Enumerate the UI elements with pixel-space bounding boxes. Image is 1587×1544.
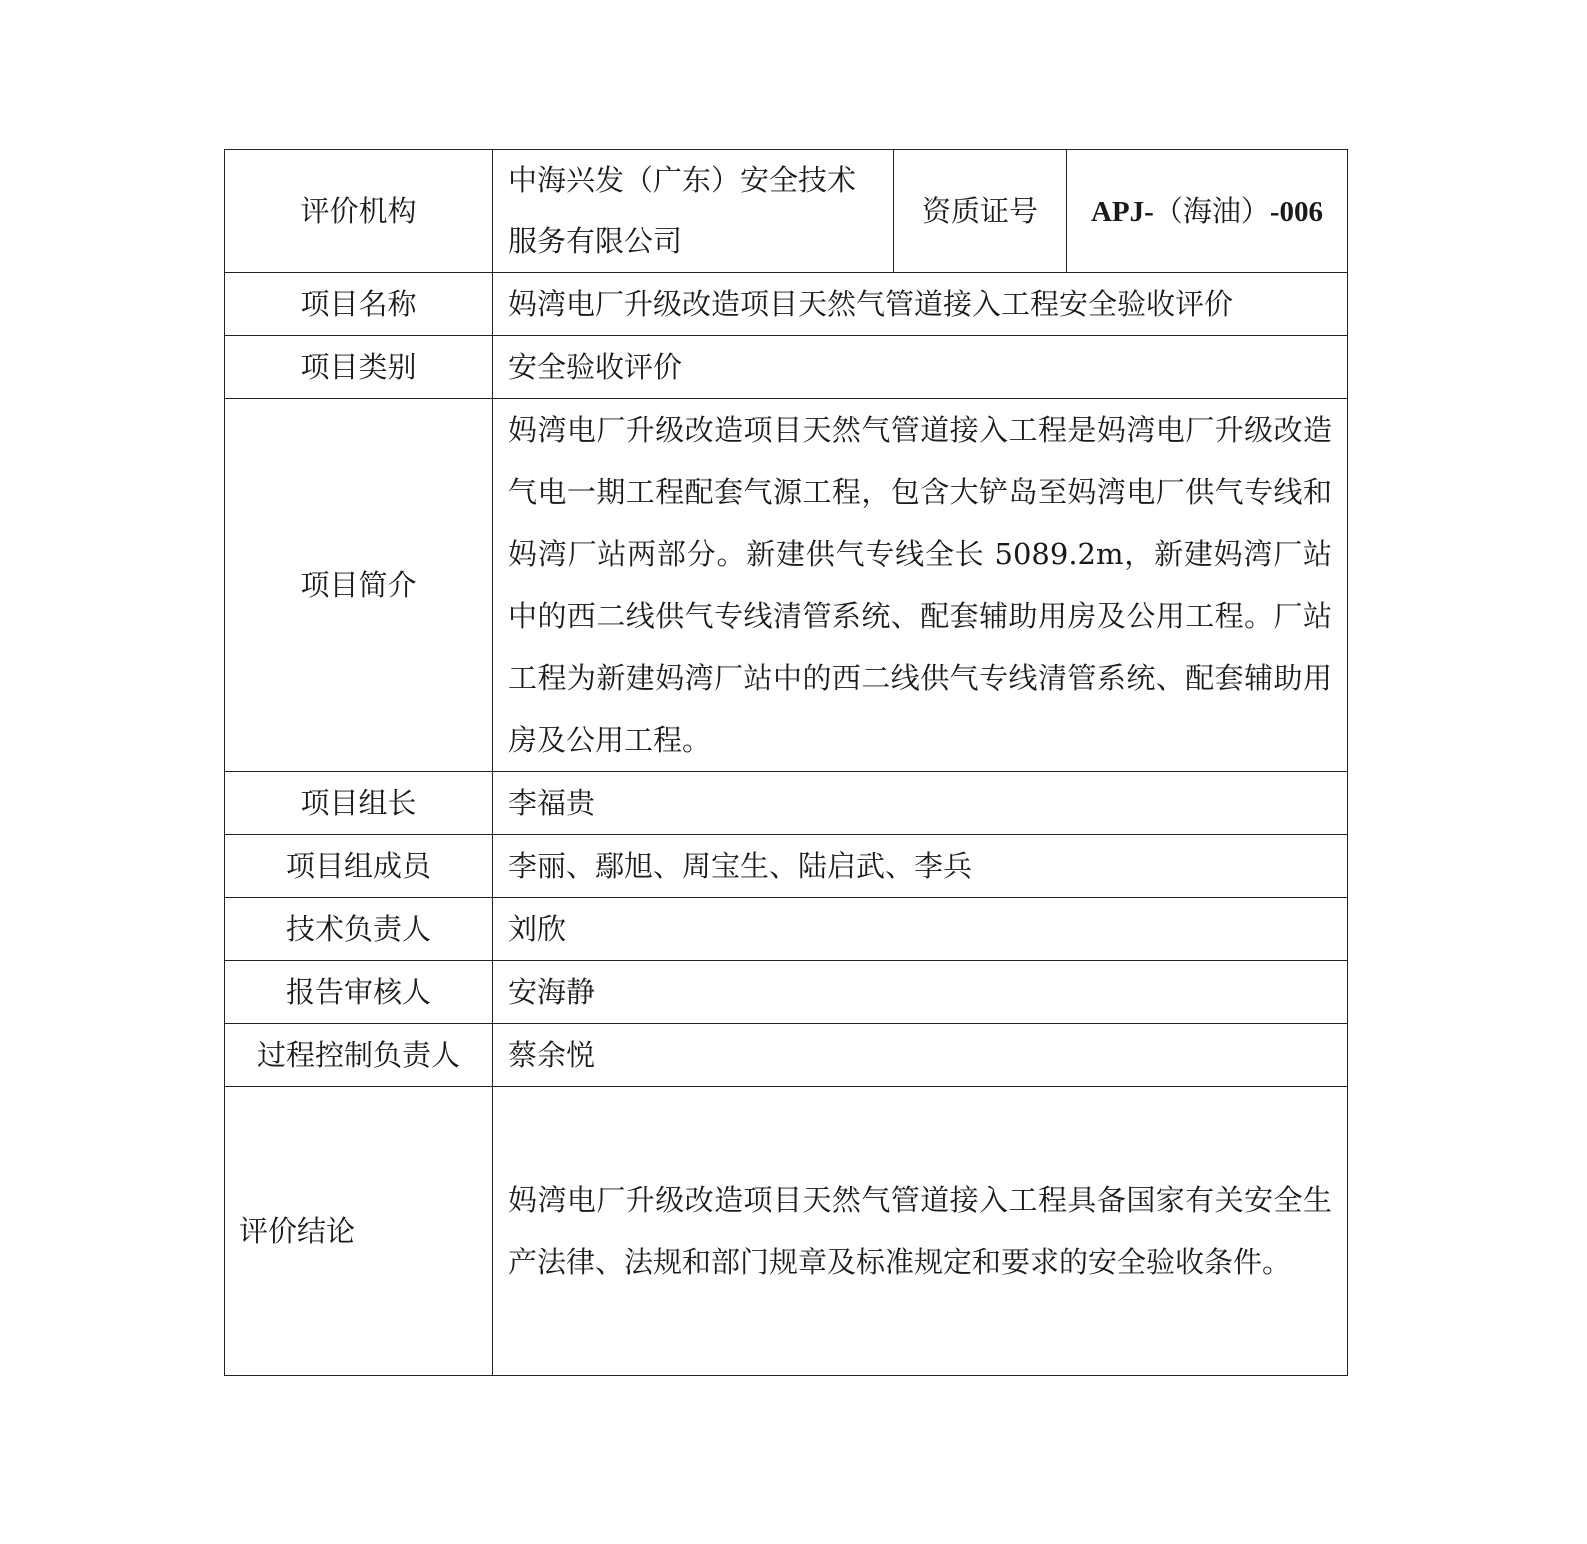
value-project-category: 安全验收评价 xyxy=(493,336,1348,399)
label-team-leader: 项目组长 xyxy=(225,772,493,835)
row-project-summary: 项目简介 妈湾电厂升级改造项目天然气管道接入工程是妈湾电厂升级改造气电一期工程配… xyxy=(225,399,1348,772)
label-certificate-number: 资质证号 xyxy=(894,150,1067,273)
label-team-members: 项目组成员 xyxy=(225,835,493,898)
row-team-members: 项目组成员 李丽、鄢旭、周宝生、陆启武、李兵 xyxy=(225,835,1348,898)
value-process-control-lead: 蔡余悦 xyxy=(493,1024,1348,1087)
value-team-leader: 李福贵 xyxy=(493,772,1348,835)
value-technical-lead: 刘欣 xyxy=(493,898,1348,961)
label-project-name: 项目名称 xyxy=(225,273,493,336)
value-team-members: 李丽、鄢旭、周宝生、陆启武、李兵 xyxy=(493,835,1348,898)
value-project-summary: 妈湾电厂升级改造项目天然气管道接入工程是妈湾电厂升级改造气电一期工程配套气源工程… xyxy=(493,399,1348,772)
value-report-reviewer: 安海静 xyxy=(493,961,1348,1024)
row-evaluation-agency: 评价机构 中海兴发（广东）安全技术服务有限公司 资质证号 APJ-（海油）-00… xyxy=(225,150,1348,273)
label-process-control-lead: 过程控制负责人 xyxy=(225,1024,493,1087)
row-process-control-lead: 过程控制负责人 蔡余悦 xyxy=(225,1024,1348,1087)
label-project-category: 项目类别 xyxy=(225,336,493,399)
row-project-name: 项目名称 妈湾电厂升级改造项目天然气管道接入工程安全验收评价 xyxy=(225,273,1348,336)
cert-suffix: -006 xyxy=(1270,196,1323,228)
cert-prefix: APJ- xyxy=(1091,196,1154,228)
row-project-category: 项目类别 安全验收评价 xyxy=(225,336,1348,399)
row-technical-lead: 技术负责人 刘欣 xyxy=(225,898,1348,961)
value-certificate-number: APJ-（海油）-006 xyxy=(1067,150,1348,273)
conclusion-text: 妈湾电厂升级改造项目天然气管道接入工程具备国家有关安全生产法律、法规和部门规章及… xyxy=(508,1169,1332,1293)
label-evaluation-agency: 评价机构 xyxy=(225,150,493,273)
cert-middle: （海油） xyxy=(1154,194,1270,228)
label-report-reviewer: 报告审核人 xyxy=(225,961,493,1024)
row-report-reviewer: 报告审核人 安海静 xyxy=(225,961,1348,1024)
row-team-leader: 项目组长 李福贵 xyxy=(225,772,1348,835)
summary-text: 妈湾电厂升级改造项目天然气管道接入工程是妈湾电厂升级改造气电一期工程配套气源工程… xyxy=(508,399,1332,771)
row-conclusion: 评价结论 妈湾电厂升级改造项目天然气管道接入工程具备国家有关安全生产法律、法规和… xyxy=(225,1087,1348,1376)
label-technical-lead: 技术负责人 xyxy=(225,898,493,961)
value-project-name: 妈湾电厂升级改造项目天然气管道接入工程安全验收评价 xyxy=(493,273,1348,336)
project-info-table: 评价机构 中海兴发（广东）安全技术服务有限公司 资质证号 APJ-（海油）-00… xyxy=(224,149,1348,1376)
label-project-summary: 项目简介 xyxy=(225,399,493,772)
value-conclusion: 妈湾电厂升级改造项目天然气管道接入工程具备国家有关安全生产法律、法规和部门规章及… xyxy=(493,1087,1348,1376)
value-evaluation-agency: 中海兴发（广东）安全技术服务有限公司 xyxy=(493,150,894,273)
label-conclusion: 评价结论 xyxy=(225,1087,493,1376)
